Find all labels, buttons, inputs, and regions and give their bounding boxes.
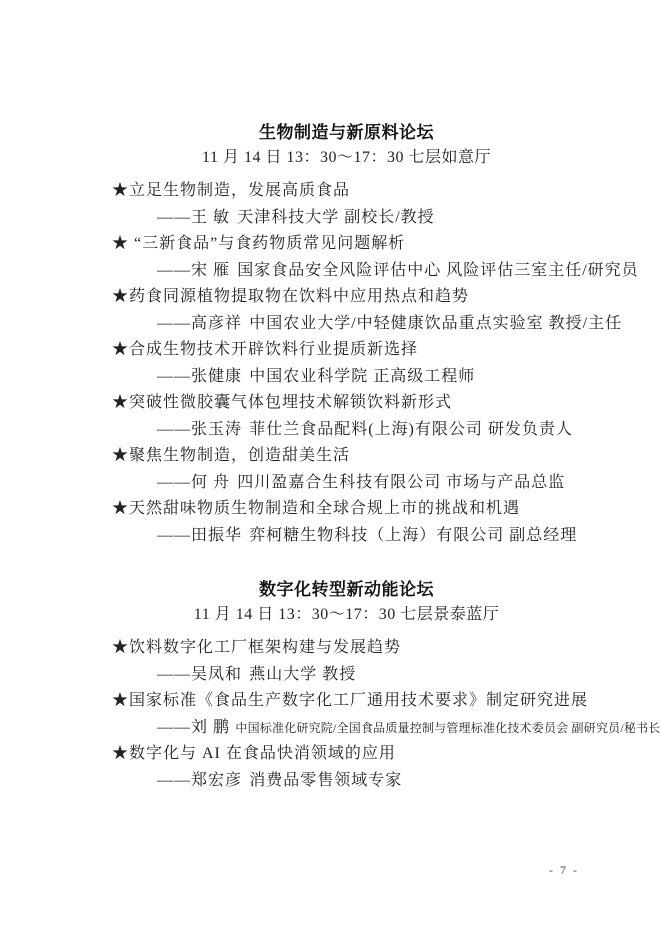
speaker-name: ——田振华: [157, 527, 242, 544]
agenda-speaker: ——张玉涛菲仕兰食品配料(上海)有限公司 研发负责人: [112, 417, 581, 444]
agenda-topic: ★数字化与 AI 在食品快消领域的应用: [112, 741, 581, 768]
agenda-topic: ★国家标准《食品生产数字化工厂通用技术要求》制定研究进展: [112, 688, 581, 715]
agenda-topic: ★天然甜味物质生物制造和全球合规上市的挑战和机遇: [112, 496, 581, 523]
document-page: 生物制造与新原料论坛 11 月 14 日 13：30～17：30 七层如意厅 ★…: [0, 0, 661, 935]
section-biomanufacturing-forum: 生物制造与新原料论坛 11 月 14 日 13：30～17：30 七层如意厅 ★…: [112, 123, 581, 549]
agenda-topic: ★合成生物技术开辟饮料行业提质新选择: [112, 337, 581, 364]
agenda-speaker: ——高彦祥中国农业大学/中轻健康饮品重点实验室 教授/主任: [112, 311, 581, 338]
section-datetime: 11 月 14 日 13：30～17：30 七层景泰蓝厅: [112, 605, 581, 625]
speaker-name: ——刘 鹏: [157, 719, 230, 736]
agenda-speaker: ——郑宏彦消费品零售领域专家: [112, 768, 581, 795]
speaker-name: ——王 敏: [157, 209, 230, 226]
page-number: - 7 -: [549, 863, 579, 878]
speaker-affiliation: 中国农业科学院 正高级工程师: [249, 368, 475, 385]
speaker-affiliation: 燕山大学 教授: [249, 666, 356, 683]
agenda-list: ★立足生物制造，发展高质食品 ——王 敏天津科技大学 副校长/教授 ★ “三新食…: [112, 178, 581, 549]
agenda-speaker: ——刘 鹏中国标准化研究院/全国食品质量控制与管理标准化技术委员会 副研究员/秘…: [112, 715, 581, 742]
speaker-name: ——何 舟: [157, 474, 230, 491]
speaker-name: ——张玉涛: [157, 421, 242, 438]
agenda-topic: ★ “三新食品”与食药物质常见问题解析: [112, 231, 581, 258]
section-datetime: 11 月 14 日 13：30～17：30 七层如意厅: [112, 148, 581, 168]
speaker-affiliation: 四川盈嘉合生科技有限公司 市场与产品总监: [237, 474, 565, 491]
agenda-speaker: ——何 舟四川盈嘉合生科技有限公司 市场与产品总监: [112, 470, 581, 497]
speaker-affiliation: 国家食品安全风险评估中心 风险评估三室主任/研究员: [237, 262, 638, 279]
agenda-speaker: ——宋 雁国家食品安全风险评估中心 风险评估三室主任/研究员: [112, 258, 581, 285]
speaker-affiliation: 消费品零售领域专家: [249, 772, 402, 789]
speaker-affiliation: 菲仕兰食品配料(上海)有限公司 研发负责人: [249, 421, 573, 438]
speaker-name: ——高彦祥: [157, 315, 242, 332]
speaker-affiliation: 中国农业大学/中轻健康饮品重点实验室 教授/主任: [249, 315, 622, 332]
speaker-name: ——郑宏彦: [157, 772, 242, 789]
section-digital-transformation-forum: 数字化转型新动能论坛 11 月 14 日 13：30～17：30 七层景泰蓝厅 …: [112, 580, 581, 794]
agenda-list: ★饮料数字化工厂框架构建与发展趋势 ——吴凤和燕山大学 教授 ★国家标准《食品生…: [112, 635, 581, 794]
speaker-affiliation: 天津科技大学 副校长/教授: [237, 209, 434, 226]
section-title: 数字化转型新动能论坛: [112, 580, 581, 600]
agenda-speaker: ——张健康中国农业科学院 正高级工程师: [112, 364, 581, 391]
speaker-name: ——吴凤和: [157, 666, 242, 683]
agenda-speaker: ——王 敏天津科技大学 副校长/教授: [112, 205, 581, 232]
speaker-name: ——张健康: [157, 368, 242, 385]
agenda-topic: ★饮料数字化工厂框架构建与发展趋势: [112, 635, 581, 662]
section-title: 生物制造与新原料论坛: [112, 123, 581, 143]
agenda-topic: ★药食同源植物提取物在饮料中应用热点和趋势: [112, 284, 581, 311]
speaker-affiliation: 中国标准化研究院/全国食品质量控制与管理标准化技术委员会 副研究员/秘书长: [235, 721, 660, 735]
speaker-name: ——宋 雁: [157, 262, 230, 279]
agenda-speaker: ——田振华弈柯糖生物科技（上海）有限公司 副总经理: [112, 523, 581, 550]
agenda-topic: ★聚焦生物制造，创造甜美生活: [112, 443, 581, 470]
agenda-speaker: ——吴凤和燕山大学 教授: [112, 662, 581, 689]
speaker-affiliation: 弈柯糖生物科技（上海）有限公司 副总经理: [249, 527, 577, 544]
agenda-topic: ★立足生物制造，发展高质食品: [112, 178, 581, 205]
agenda-topic: ★突破性微胶囊气体包埋技术解锁饮料新形式: [112, 390, 581, 417]
